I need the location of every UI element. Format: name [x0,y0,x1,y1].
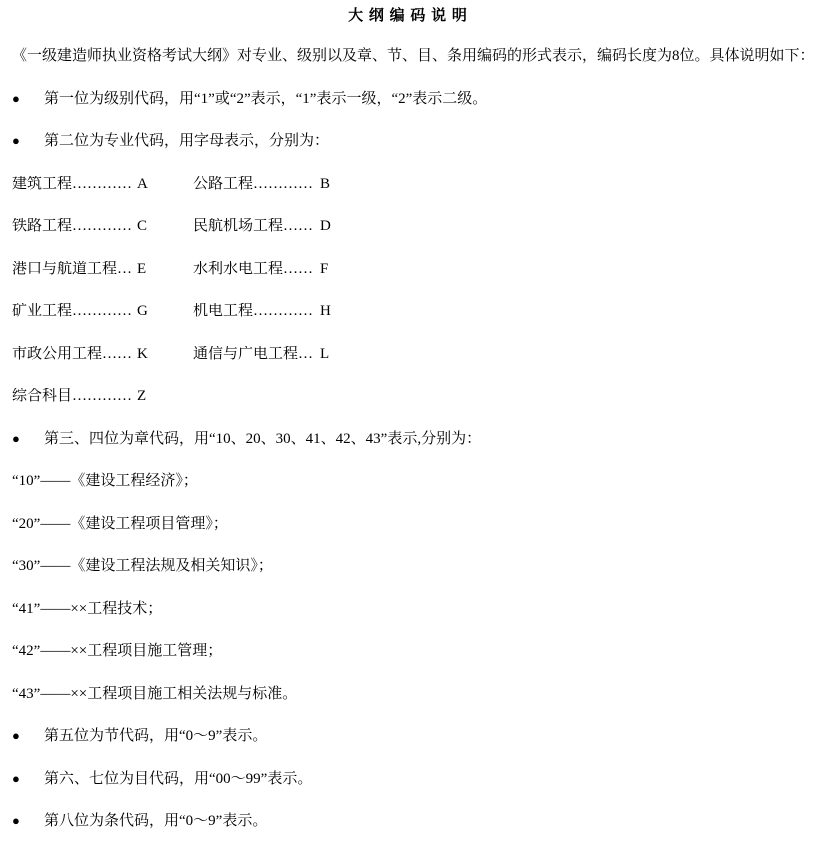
specialty-name: 机电工程………… [193,303,320,319]
chapter-code-line: “30”——《建设工程法规及相关知识》； [12,558,804,574]
bullet-text-item-code: 第六、七位为目代码，用“00～99”表示。 [44,771,312,787]
bullet-dot-icon: ● [12,771,44,787]
specialty-name: 通信与广电工程… [193,346,320,362]
specialty-row: 矿业工程………… G 机电工程………… H [12,303,804,319]
specialty-code: Z [137,388,193,404]
bullet-text-clause-code: 第八位为条代码，用“0～9”表示。 [44,813,267,829]
bullet-dot-icon: ● [12,728,44,744]
specialty-code: C [137,218,193,234]
bullet-dot-icon: ● [12,91,44,107]
specialty-name: 市政公用工程…… [12,346,137,362]
specialty-code: H [320,303,360,319]
specialty-code: K [137,346,193,362]
specialty-name: 建筑工程………… [12,176,137,192]
bullet-dot-icon: ● [12,431,44,447]
specialty-name: 民航机场工程…… [193,218,320,234]
bullet-dot-icon: ● [12,813,44,829]
chapter-code-line: “10”——《建设工程经济》； [12,473,804,489]
specialty-row: 港口与航道工程… E 水利水电工程…… F [12,261,804,277]
bullet-item-specialty-code: ● 第二位为专业代码，用字母表示，分别为： [12,133,804,149]
specialty-code: L [320,346,360,362]
bullet-item-item-code: ● 第六、七位为目代码，用“00～99”表示。 [12,771,804,787]
specialty-row: 建筑工程………… A 公路工程………… B [12,176,804,192]
specialty-name: 水利水电工程…… [193,261,320,277]
specialty-code: E [137,261,193,277]
chapter-code-line: “41”——××工程技术； [12,601,804,617]
bullet-item-chapter-code: ● 第三、四位为章代码，用“10、20、30、41、42、43”表示,分别为： [12,431,804,447]
specialty-code: A [137,176,193,192]
bullet-text-section-code: 第五位为节代码，用“0～9”表示。 [44,728,267,744]
specialty-code: D [320,218,360,234]
bullet-text-specialty-code: 第二位为专业代码，用字母表示，分别为： [44,133,329,149]
bullet-item-clause-code: ● 第八位为条代码，用“0～9”表示。 [12,813,804,829]
intro-paragraph: 《一级建造师执业资格考试大纲》对专业、级别以及章、节、目、条用编码的形式表示，编… [12,48,804,64]
specialty-code [320,388,360,404]
specialty-row: 铁路工程………… C 民航机场工程…… D [12,218,804,234]
bullet-text-level-code: 第一位为级别代码，用“1”或“2”表示，“1”表示一级，“2”表示二级。 [44,91,487,107]
specialty-row: 市政公用工程…… K 通信与广电工程… L [12,346,804,362]
specialty-name: 铁路工程………… [12,218,137,234]
specialty-name: 综合科目………… [12,388,137,404]
specialty-name: 矿业工程………… [12,303,137,319]
document: 大 纲 编 码 说 明 《一级建造师执业资格考试大纲》对专业、级别以及章、节、目… [0,0,816,829]
page-title: 大 纲 编 码 说 明 [12,8,804,24]
chapter-code-line: “42”——××工程项目施工管理； [12,643,804,659]
bullet-item-section-code: ● 第五位为节代码，用“0～9”表示。 [12,728,804,744]
specialty-code: G [137,303,193,319]
specialty-name [193,388,320,404]
specialty-row: 综合科目………… Z [12,388,804,404]
chapter-code-line: “20”——《建设工程项目管理》； [12,516,804,532]
specialty-code: B [320,176,360,192]
bullet-text-chapter-code: 第三、四位为章代码，用“10、20、30、41、42、43”表示,分别为： [44,431,481,447]
specialty-name: 公路工程………… [193,176,320,192]
chapter-code-line: “43”——××工程项目施工相关法规与标准。 [12,686,804,702]
specialty-code: F [320,261,360,277]
bullet-dot-icon: ● [12,133,44,149]
specialty-name: 港口与航道工程… [12,261,137,277]
bullet-item-level-code: ● 第一位为级别代码，用“1”或“2”表示，“1”表示一级，“2”表示二级。 [12,91,804,107]
